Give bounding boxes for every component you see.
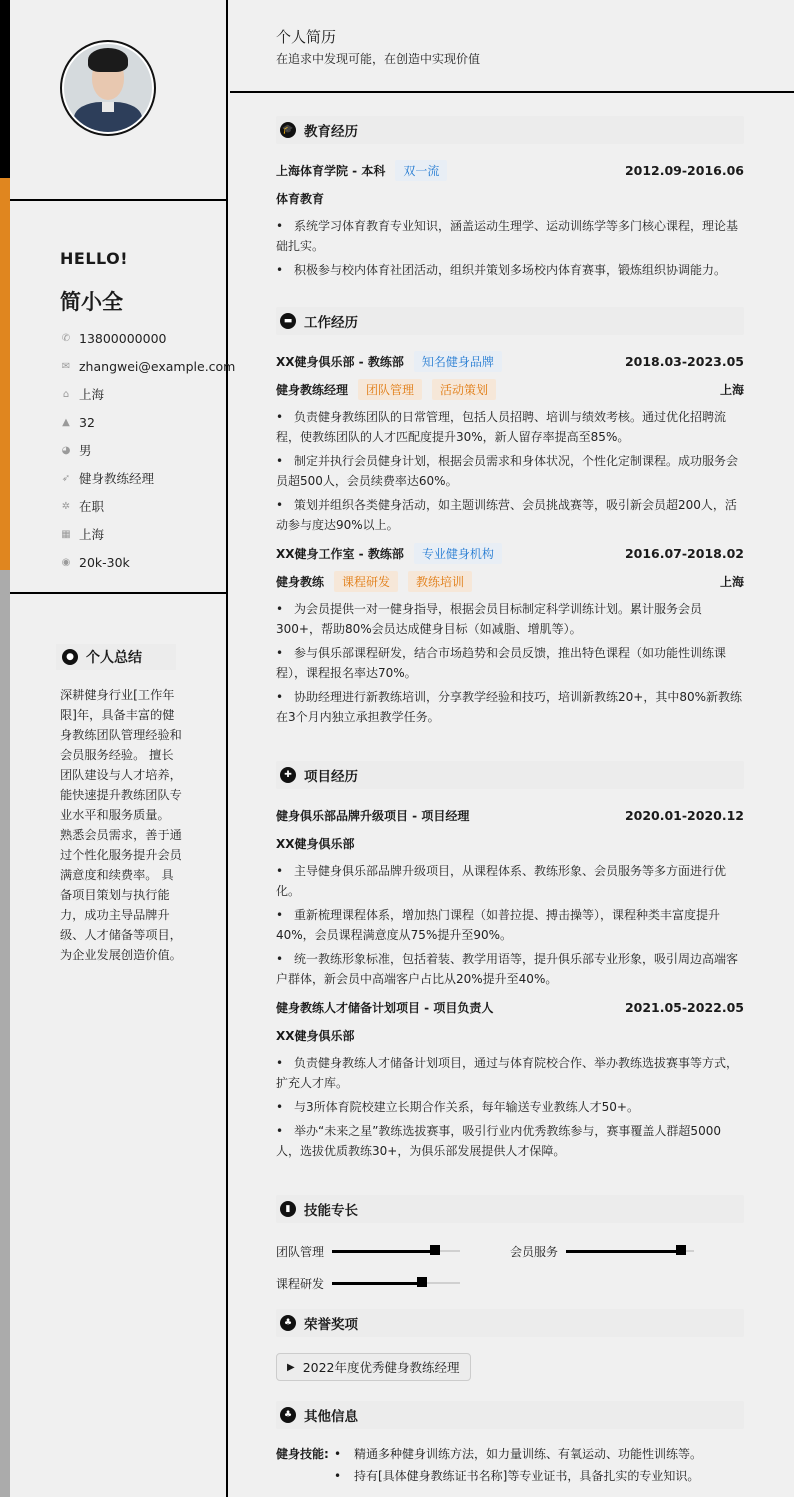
work-date: 2016.07-2018.02 [625,546,744,561]
grid-icon: ✚ [280,767,296,783]
contact-info-list: ✆13800000000 ✉zhangwei@example.com ⌂上海 ▲… [60,324,235,576]
bar-chart-icon: ▮ [280,1201,296,1217]
other-info-row: 健身技能: 精通多种健身训练方法，如力量训练、有氧运动、功能性训练等。 持有[具… [276,1443,744,1487]
info-phone: ✆13800000000 [60,324,235,352]
info-salary: ◉20k-30k [60,548,235,576]
education-item: 上海体育学院 - 本科双一流 2012.09-2016.06 体育教育 系统学习… [276,156,744,280]
summary-text: 深耕健身行业[工作年限]年，具备丰富的健身教练团队管理经验和会员服务经验。 擅长… [60,685,182,965]
skill-level-bar [566,1250,694,1252]
project-name: 健身教练人才储备计划项目 - 项目负责人 [276,999,493,1016]
list-item: 统一教练形象标准，包括着装、教学用语等，提升俱乐部专业形象，吸引周边高端客户群体… [276,949,744,989]
skill-tag: 教练培训 [408,571,472,592]
company-name: XX健身工作室 - 教练部 [276,545,404,562]
awards-heading: ♣ 荣誉奖项 [276,1309,744,1337]
list-item: 协助经理进行新教练培训，分享教学经验和技巧，培训新教练20+，其中80%新教练在… [276,687,744,727]
work-city: 上海 [720,573,744,590]
work-date: 2018.03-2023.05 [625,354,744,369]
school-name: 上海体育学院 - 本科 [276,162,385,179]
info-email: ✉zhangwei@example.com [60,352,235,380]
skill-tag: 课程研发 [334,571,398,592]
home-icon: ⌂ [60,388,72,400]
cake-icon: ▲ [60,416,72,428]
list-item: 主导健身俱乐部品牌升级项目，从课程体系、教练形象、会员服务等多方面进行优化。 [276,861,744,901]
skill-tag: 团队管理 [358,379,422,400]
work-section: ▬ 工作经历 XX健身俱乐部 - 教练部知名健身品牌 2018.03-2023.… [276,307,744,731]
skill-level-bar [332,1250,460,1252]
triangle-right-icon: ▶ [287,1362,295,1373]
info-age: ▲32 [60,408,235,436]
projects-heading: ✚ 项目经历 [276,761,744,789]
salary-icon: ◉ [60,556,72,568]
info-gender: ◕男 [60,436,235,464]
graduation-cap-icon: 🎓 [280,122,296,138]
summary-heading: ● 个人总结 [56,644,176,670]
phone-icon: ✆ [60,332,72,344]
company-name: XX健身俱乐部 - 教练部 [276,353,404,370]
list-item: 为会员提供一对一健身指导，根据会员目标制定科学训练计划。累计服务会员300+，帮… [276,599,744,639]
education-date: 2012.09-2016.06 [625,163,744,178]
award-item[interactable]: ▶ 2022年度优秀健身教练经理 [276,1353,471,1381]
award-icon: ♣ [280,1315,296,1331]
school-tag: 双一流 [395,160,447,181]
list-item: 负责健身教练团队的日常管理，包括人员招聘、培训与绩效考核。通过优化招聘流程，使教… [276,407,744,447]
work-city: 上海 [720,381,744,398]
user-icon: ● [62,649,78,665]
work-item: XX健身俱乐部 - 教练部知名健身品牌 2018.03-2023.05 健身教练… [276,347,744,535]
accent-stripe-gray [0,570,10,1497]
info-icon: ♣ [280,1407,296,1423]
work-item: XX健身工作室 - 教练部专业健身机构 2016.07-2018.02 健身教练… [276,539,744,727]
info-position: ➶健身教练经理 [60,464,235,492]
list-item: 参与俱乐部课程研发，结合市场趋势和会员反馈，推出特色课程（如功能性训练课程），课… [276,643,744,683]
list-item: 负责健身教练人才储备计划项目，通过与体育院校合作、举办教练选拔赛事等方式，扩充人… [276,1053,744,1093]
list-item: 重新梳理课程体系，增加热门课程（如普拉提、搏击操等），课程种类丰富度提升40%，… [276,905,744,945]
list-item: 与3所体育院校建立长期合作关系，每年输送专业教练人才50+。 [276,1097,744,1117]
gender-icon: ◕ [60,444,72,456]
mail-icon: ✉ [60,360,72,372]
skill-tag: 活动策划 [432,379,496,400]
education-heading: 🎓 教育经历 [276,116,744,144]
project-date: 2020.01-2020.12 [625,808,744,823]
accent-stripe-black [0,0,10,178]
info-home: ⌂上海 [60,380,235,408]
info-city: ▦上海 [60,520,235,548]
work-heading: ▬ 工作经历 [276,307,744,335]
awards-section: ♣ 荣誉奖项 ▶ 2022年度优秀健身教练经理 [276,1309,744,1381]
job-role: 健身教练 [276,573,324,590]
list-item: 系统学习体育教育专业知识，涵盖运动生理学、运动训练学等多门核心课程，理论基础扎实… [276,216,744,256]
project-date: 2021.05-2022.05 [625,1000,744,1015]
project-org: XX健身俱乐部 [276,835,355,852]
list-item: 精通多种健身训练方法，如力量训练、有氧运动、功能性训练等。 [332,1443,702,1465]
list-item: 积极参与校内体育社团活动，组织并策划多场校内体育赛事，锻炼组织协调能力。 [276,260,744,280]
project-name: 健身俱乐部品牌升级项目 - 项目经理 [276,807,469,824]
page-subtitle: 在追求中发现可能，在创造中实现价值 [276,50,480,67]
major: 体育教育 [276,190,324,207]
project-org: XX健身俱乐部 [276,1027,355,1044]
job-role: 健身教练经理 [276,381,348,398]
skill-item: 课程研发 [276,1275,516,1292]
skill-item: 会员服务 [510,1243,744,1260]
projects-section: ✚ 项目经历 健身俱乐部品牌升级项目 - 项目经理 2020.01-2020.1… [276,761,744,1165]
list-item: 举办“未来之星”教练选拔赛事，吸引行业内优秀教练参与，赛事覆盖人群超5000人，… [276,1121,744,1161]
briefcase-icon: ▬ [280,313,296,329]
sidebar-divider [10,199,226,201]
avatar-photo [64,44,152,132]
status-icon: ✲ [60,500,72,512]
other-heading: ♣ 其他信息 [276,1401,744,1429]
page-title: 个人简历 [276,26,336,47]
skills-section: ▮ 技能专长 团队管理 会员服务 课程研发 [276,1195,744,1299]
greeting: HELLO! [60,249,128,268]
header-divider [230,91,794,93]
project-item: 健身俱乐部品牌升级项目 - 项目经理 2020.01-2020.12 XX健身俱… [276,801,744,989]
list-item: 制定并执行会员健身计划，根据会员需求和身体状况，个性化定制课程。成功服务会员超5… [276,451,744,491]
skills-heading: ▮ 技能专长 [276,1195,744,1223]
company-tag: 专业健身机构 [414,543,502,564]
list-item: 持有[具体健身教练证书名称]等专业证书，具备扎实的专业知识。 [332,1465,702,1487]
project-item: 健身教练人才储备计划项目 - 项目负责人 2021.05-2022.05 XX健… [276,993,744,1161]
education-section: 🎓 教育经历 上海体育学院 - 本科双一流 2012.09-2016.06 体育… [276,116,744,284]
avatar [60,40,156,136]
list-item: 策划并组织各类健身活动，如主题训练营、会员挑战赛等，吸引新会员超200人，活动参… [276,495,744,535]
info-status: ✲在职 [60,492,235,520]
accent-stripe-orange [0,178,10,570]
person-name: 简小全 [60,286,123,316]
sidebar: HELLO! 简小全 ✆13800000000 ✉zhangwei@exampl… [10,0,228,1497]
send-icon: ➶ [60,472,72,484]
building-icon: ▦ [60,528,72,540]
sidebar-divider [10,592,226,594]
skill-level-bar [332,1282,460,1284]
company-tag: 知名健身品牌 [414,351,502,372]
skill-item: 团队管理 [276,1243,510,1260]
other-section: ♣ 其他信息 健身技能: 精通多种健身训练方法，如力量训练、有氧运动、功能性训练… [276,1401,744,1487]
